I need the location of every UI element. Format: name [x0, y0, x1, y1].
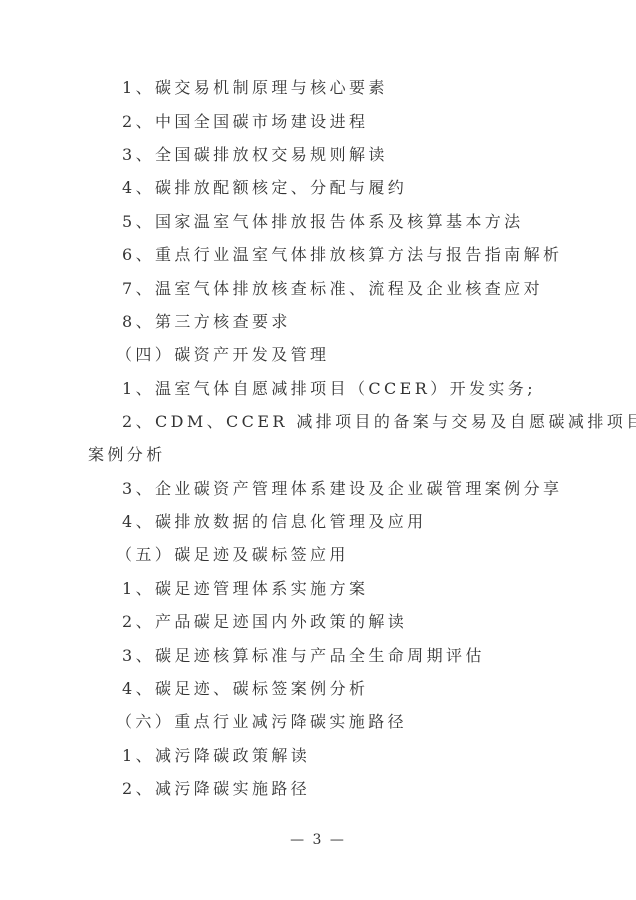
list-item: 1、温室气体自愿减排项目（CCER）开发实务; — [122, 379, 536, 399]
list-item: 3、全国碳排放权交易规则解读 — [122, 145, 388, 165]
list-item: 1、碳交易机制原理与核心要素 — [122, 78, 388, 98]
list-item: 4、碳足迹、碳标签案例分析 — [122, 679, 368, 699]
list-item: 1、减污降碳政策解读 — [122, 746, 310, 766]
list-item: 2、产品碳足迹国内外政策的解读 — [122, 612, 407, 632]
list-item: 2、减污降碳实施路径 — [122, 779, 310, 799]
section-heading: （六）重点行业减污降碳实施路径 — [116, 712, 407, 732]
list-item: 8、第三方核查要求 — [122, 312, 291, 332]
document-page: 1、碳交易机制原理与核心要素 2、中国全国碳市场建设进程 3、全国碳排放权交易规… — [0, 0, 636, 900]
section-heading: （四）碳资产开发及管理 — [116, 345, 329, 365]
list-item: 2、中国全国碳市场建设进程 — [122, 112, 368, 132]
list-item: 3、碳足迹核算标准与产品全生命周期评估 — [122, 646, 485, 666]
page-number: — 3 — — [0, 832, 636, 848]
list-item: 4、碳排放数据的信息化管理及应用 — [122, 512, 427, 532]
list-item: 7、温室气体排放核查标准、流程及企业核查应对 — [122, 279, 543, 299]
list-item: 3、企业碳资产管理体系建设及企业碳管理案例分享 — [122, 479, 562, 499]
list-item: 2、CDM、CCER 减排项目的备案与交易及自愿碳减排项目 — [122, 412, 636, 432]
list-item: 4、碳排放配额核定、分配与履约 — [122, 178, 407, 198]
section-heading: （五）碳足迹及碳标签应用 — [116, 545, 349, 565]
list-item: 1、碳足迹管理体系实施方案 — [122, 579, 368, 599]
list-item: 6、重点行业温室气体排放核算方法与报告指南解析 — [122, 245, 562, 265]
list-item-continuation: 案例分析 — [88, 445, 166, 465]
list-item: 5、国家温室气体排放报告体系及核算基本方法 — [122, 212, 524, 232]
